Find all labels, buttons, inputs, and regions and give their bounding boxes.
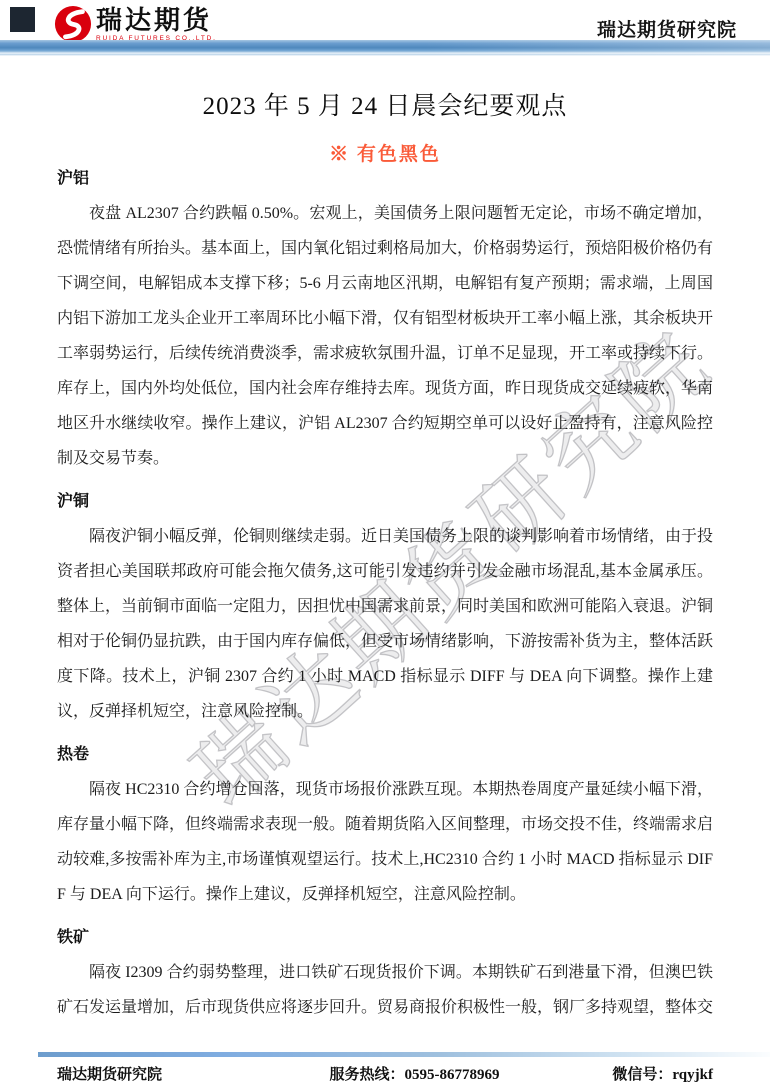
section-body: 夜盘 AL2307 合约跌幅 0.50%。宏观上，美国债务上限问题暂无定论，市场… — [57, 196, 713, 476]
section-heading: 铁矿 — [57, 920, 713, 955]
document-page: 瑞达期货 RUIDA FUTURES CO.,LTD. 瑞达期货研究院 2023… — [0, 0, 770, 1090]
section-body: 隔夜 I2309 合约弱势整理，进口铁矿石现货报价下调。本期铁矿石到港量下滑，但… — [57, 955, 713, 1025]
footer-divider-bar — [38, 1052, 770, 1057]
section-hot-rolled-coil: 热卷 隔夜 HC2310 合约增仓回落，现货市场报价涨跌互现。本期热卷周度产量延… — [57, 737, 713, 912]
section-heading: 热卷 — [57, 737, 713, 772]
footer: 瑞达期货研究院 服务热线：0595-86778969 微信号：rqyjkf — [57, 1062, 713, 1088]
brand-name-cn: 瑞达期货 — [96, 5, 217, 35]
section-heading: 沪铜 — [57, 484, 713, 519]
logo-text: 瑞达期货 RUIDA FUTURES CO.,LTD. — [96, 5, 217, 43]
ruida-futures-logo: 瑞达期货 RUIDA FUTURES CO.,LTD. — [54, 5, 217, 43]
section-body: 隔夜沪铜小幅反弹，伦铜则继续走弱。近日美国债务上限的谈判影响着市场情绪，由于投资… — [57, 519, 713, 729]
section-shanghai-copper: 沪铜 隔夜沪铜小幅反弹，伦铜则继续走弱。近日美国债务上限的谈判影响着市场情绪，由… — [57, 484, 713, 729]
ruida-swirl-icon — [54, 5, 92, 43]
section-shanghai-aluminum: 沪铝 夜盘 AL2307 合约跌幅 0.50%。宏观上，美国债务上限问题暂无定论… — [57, 161, 713, 476]
footer-institute: 瑞达期货研究院 — [57, 1062, 293, 1088]
section-iron-ore: 铁矿 隔夜 I2309 合约弱势整理，进口铁矿石现货报价下调。本期铁矿石到港量下… — [57, 920, 713, 1025]
footer-wechat: 微信号：rqyjkf — [536, 1062, 713, 1088]
header-divider-bar — [0, 40, 770, 56]
document-title: 2023 年 5 月 24 日晨会纪要观点 — [0, 86, 770, 122]
section-heading: 沪铝 — [57, 161, 713, 196]
header-institute-title: 瑞达期货研究院 — [597, 15, 737, 42]
footer-hotline: 服务热线：0595-86778969 — [293, 1062, 536, 1088]
document-body: 沪铝 夜盘 AL2307 合约跌幅 0.50%。宏观上，美国债务上限问题暂无定论… — [57, 161, 713, 1025]
corner-mark — [10, 7, 35, 32]
section-body: 隔夜 HC2310 合约增仓回落，现货市场报价涨跌互现。本期热卷周度产量延续小幅… — [57, 772, 713, 912]
